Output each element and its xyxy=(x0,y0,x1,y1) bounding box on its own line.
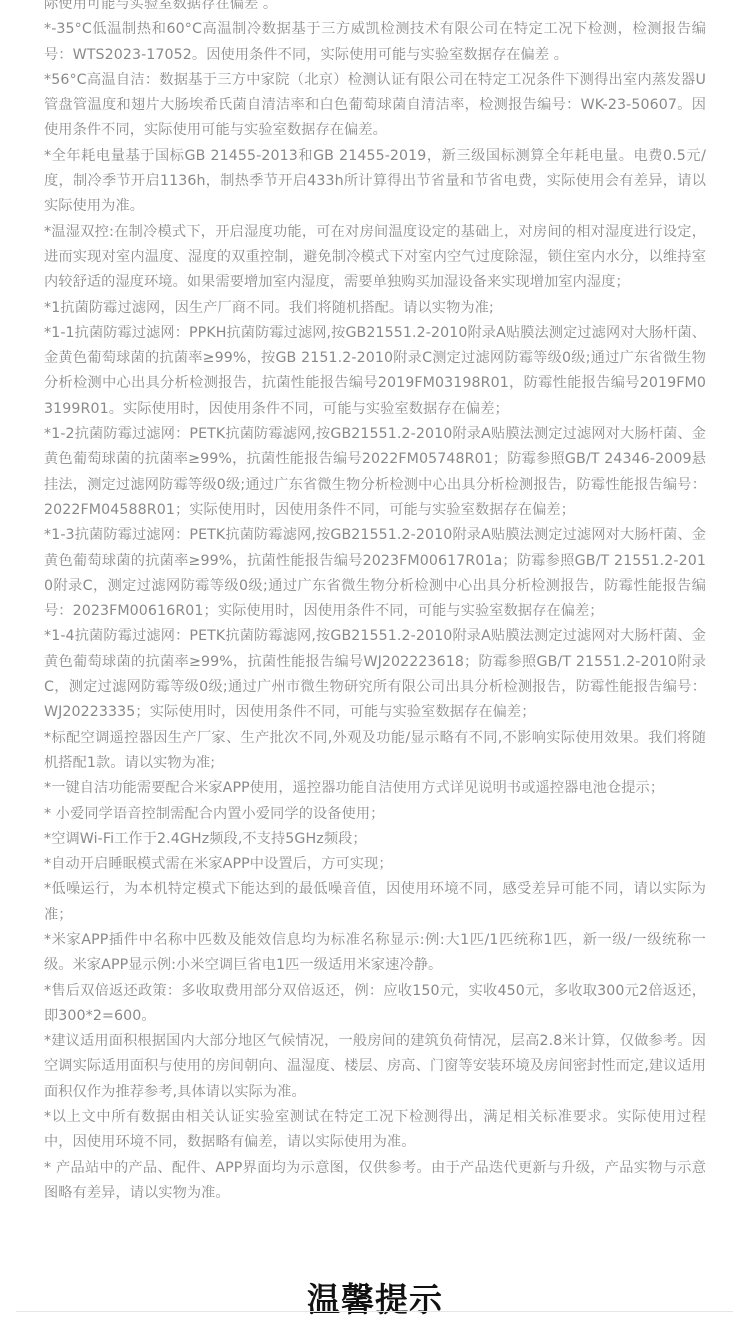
note-continuation: 际使用可能与实验室数据存在偏差 。 xyxy=(44,0,706,17)
note-filter-1-3: *1-3抗菌防霉过滤网：PETK抗菌防霉滤网,按GB21551.2-2010附录… xyxy=(44,523,706,624)
note-self-clean-app: *一键自洁功能需要配合米家APP使用，遥控器功能自洁使用方式详见说明书或遥控器电… xyxy=(44,776,706,801)
note-wifi-band: *空调Wi-Fi工作于2.4GHz频段,不支持5GHz频段； xyxy=(44,827,706,852)
section-divider xyxy=(16,1311,733,1312)
note-filter-1-4: *1-4抗菌防霉过滤网：PETK抗菌防霉滤网,按GB21551.2-2010附录… xyxy=(44,624,706,725)
note-remote-control: *标配空调遥控器因生产厂家、生产批次不同,外观及功能/显示略有不同,不影响实际使… xyxy=(44,726,706,777)
note-annual-power: *全年耗电量基于国标GB 21455-2013和GB 21455-2019，新三… xyxy=(44,144,706,220)
note-mijia-naming: *米家APP插件中名称中匹数及能效信息均为标准名称显示:例:大1匹/1匹统称1匹… xyxy=(44,928,706,979)
section-title: 温馨提示 xyxy=(0,1279,750,1321)
disclaimer-notes: 际使用可能与实验室数据存在偏差 。 *-35°C低温制热和60°C高温制冷数据基… xyxy=(44,0,706,1206)
note-low-high-temp: *-35°C低温制热和60°C高温制冷数据基于三方威凯检测技术有限公司在特定工况… xyxy=(44,17,706,68)
note-refund-policy: *售后双倍返还政策：多收取费用部分双倍返还，例：应收150元，实收450元，多收… xyxy=(44,979,706,1030)
note-illustration: * 产品站中的产品、配件、APP界面均为示意图，仅供参考。由于产品迭代更新与升级… xyxy=(44,1156,706,1207)
note-56c-self-clean: *56°C高温自洁：数据基于三方中家院（北京）检测认证有限公司在特定工况条件下测… xyxy=(44,68,706,144)
note-sleep-mode: *自动开启睡眠模式需在米家APP中设置后，方可实现； xyxy=(44,852,706,877)
note-low-noise: *低噪运行，为本机特定模式下能达到的最低噪音值，因使用环境不同，感受差异可能不同… xyxy=(44,877,706,928)
note-room-area: *建议适用面积根据国内大部分地区气候情况，一般房间的建筑负荷情况，层高2.8米计… xyxy=(44,1029,706,1105)
note-filter-1-1: *1-1抗菌防霉过滤网：PPKH抗菌防霉过滤网,按GB21551.2-2010附… xyxy=(44,321,706,422)
note-filter-general: *1抗菌防霉过滤网，因生产厂商不同。我们将随机搭配。请以实物为准; xyxy=(44,296,706,321)
note-filter-1-2: *1-2抗菌防霉过滤网：PETK抗菌防霉滤网,按GB21551.2-2010附录… xyxy=(44,422,706,523)
note-temp-humidity-control: *温湿双控:在制冷模式下，开启湿度功能，可在对房间温度设定的基础上，对房间的相对… xyxy=(44,220,706,296)
note-lab-data: *以上文中所有数据由相关认证实验室测试在特定工况下检测得出，满足相关标准要求。实… xyxy=(44,1105,706,1156)
note-xiaoai-voice: * 小爱同学语音控制需配合内置小爱同学的设备使用； xyxy=(44,802,706,827)
